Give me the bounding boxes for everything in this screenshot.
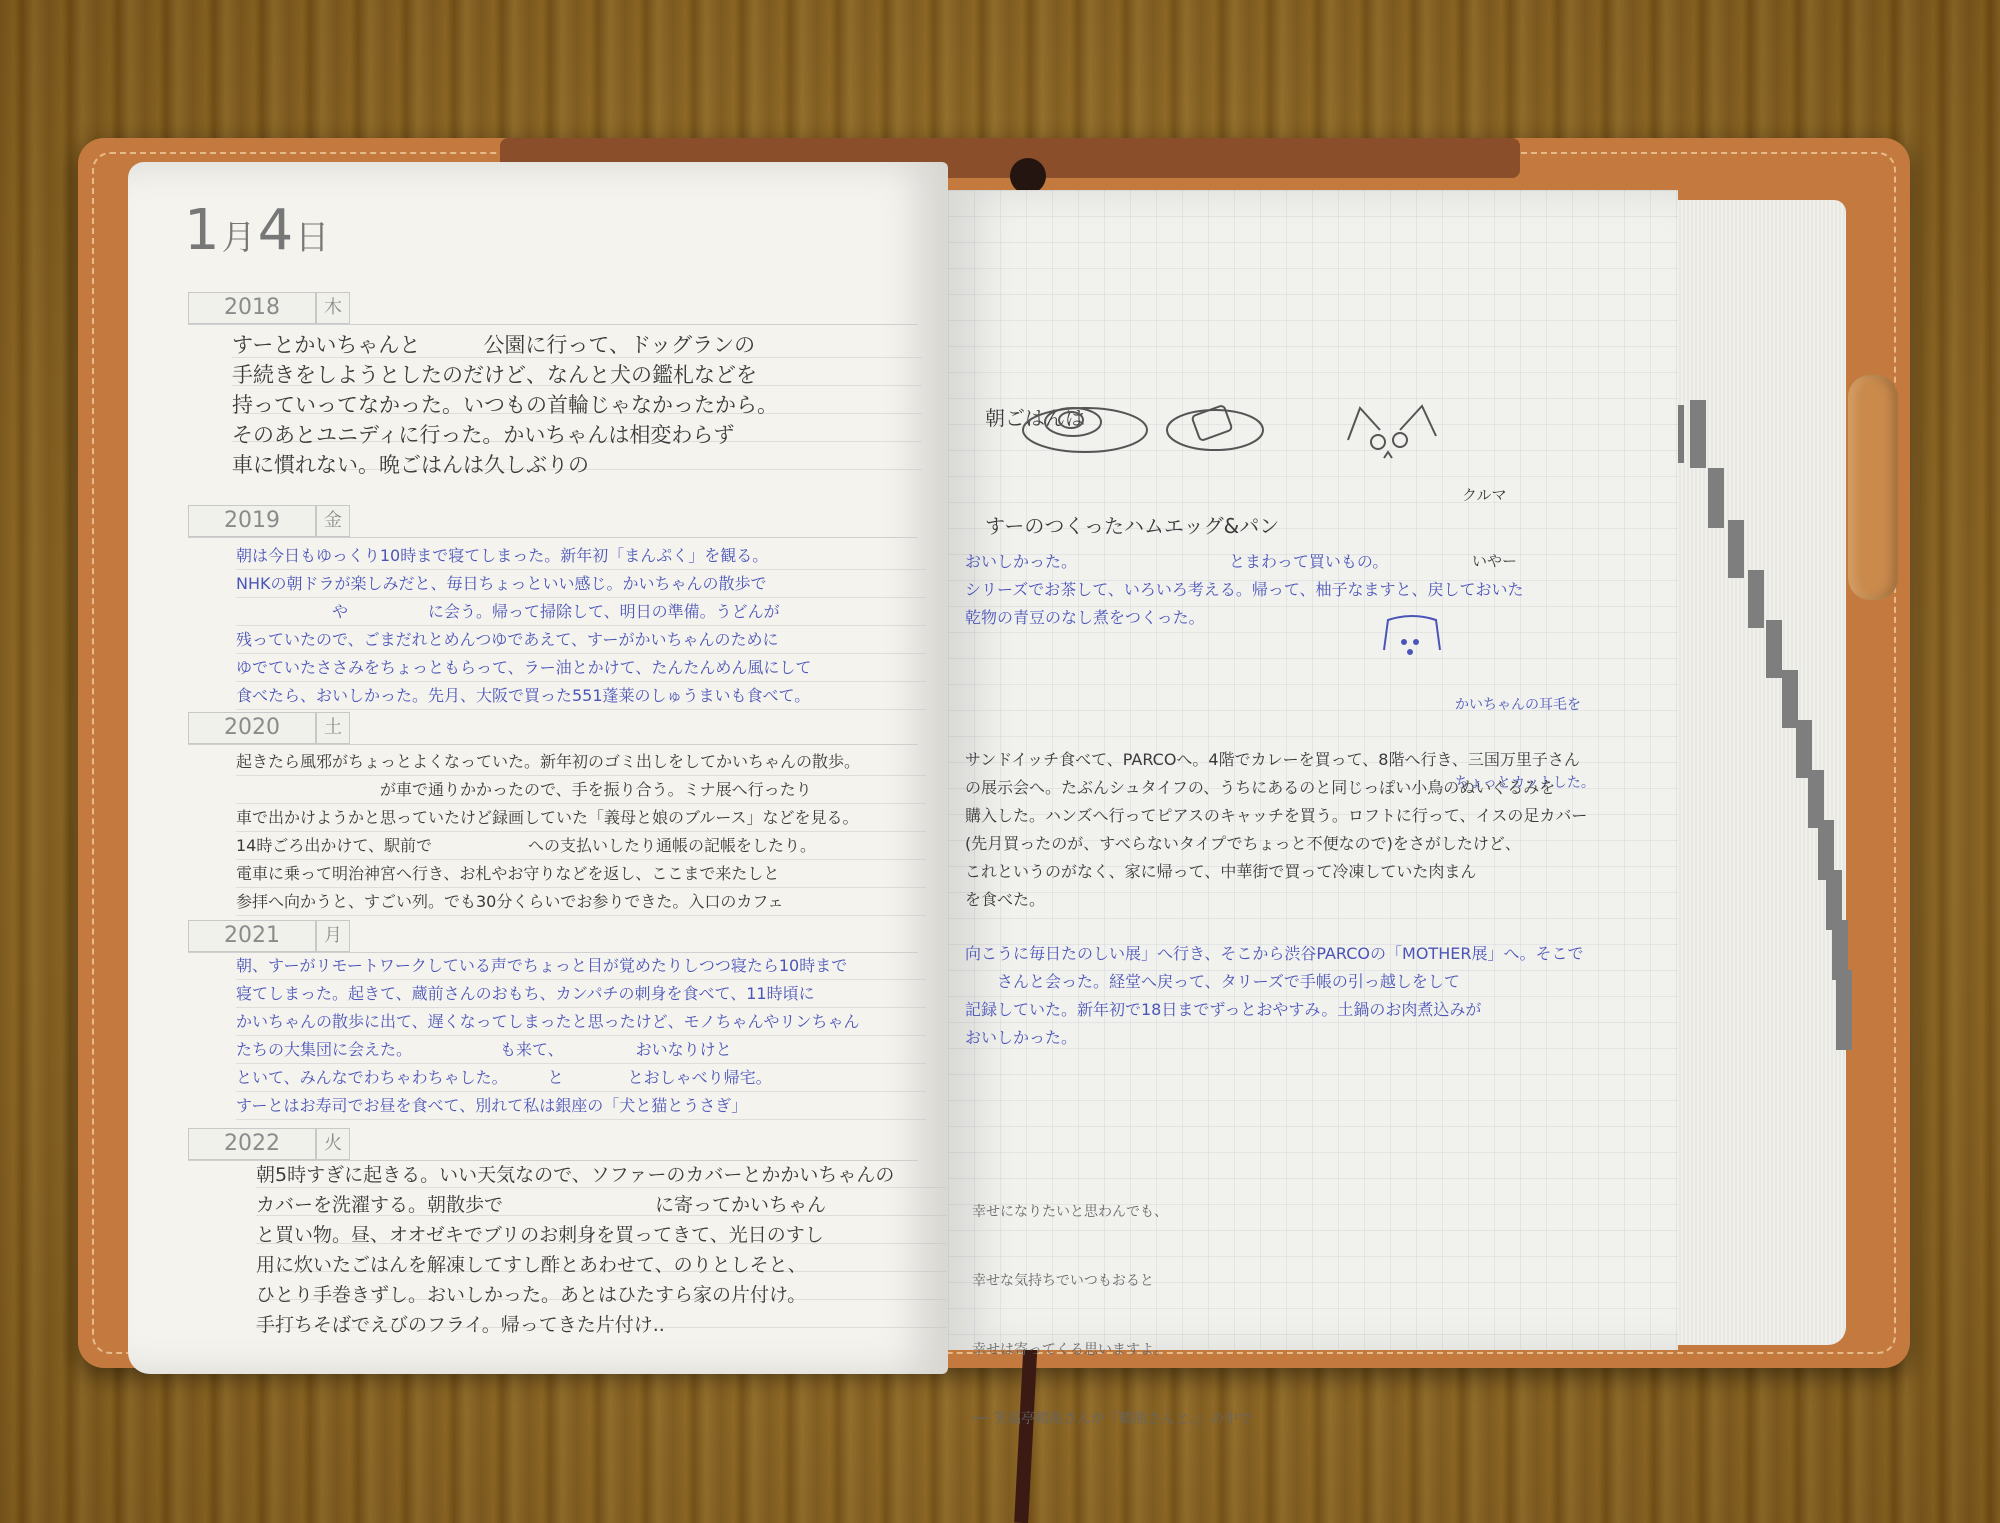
year-label: 2022 (188, 1128, 316, 1160)
year-label: 2020 (188, 712, 316, 744)
dog-ear-trim-sketch-icon (1378, 612, 1448, 667)
dog-face-sketch-icon (1340, 400, 1450, 470)
year-label: 2019 (188, 505, 316, 537)
year-header-2022: 2022 火 (188, 1128, 918, 1161)
quote-attribution: ── 笑福亭鶴瓶さんが『鶴瓶さんと。』の中で (972, 1408, 1252, 1431)
month-tab-edge (1766, 620, 1782, 678)
month-tab-edge (1708, 468, 1724, 528)
entry-2021: 朝、すーがリモートワークしている声でちょっと目が覚めたりしつつ寝たら10時まで … (236, 952, 926, 1120)
breakfast-plates-sketch-icon (1015, 398, 1275, 458)
parco-visit-note: サンドイッチ食べて、PARCOへ。4階でカレーを買って、8階へ行き、三国万里子さ… (965, 746, 1655, 914)
weekday-label: 月 (316, 920, 350, 952)
bookmark-ribbon-knot (1010, 158, 1046, 194)
weekday-label: 火 (316, 1128, 350, 1160)
page-date-title: 1月4日 (184, 198, 331, 263)
month-tab-edge (1748, 570, 1764, 628)
weekday-label: 金 (316, 505, 350, 537)
month-tab-edge (1690, 400, 1706, 468)
year-header-2019: 2019 金 (188, 505, 918, 538)
weekday-label: 土 (316, 712, 350, 744)
month-tab-edge (1728, 520, 1744, 578)
printed-quote: 幸せになりたいと思わんでも、 幸せな気持ちでいつもおると 幸せは寄ってくる思いま… (972, 1155, 1252, 1454)
mother-exhibition-note: 向こうに毎日たのしい展」へ行き、そこから渋谷PARCOの「MOTHER展」へ。そ… (965, 940, 1655, 1052)
year-header-2021: 2021 月 (188, 920, 918, 953)
year-header-2020: 2020 土 (188, 712, 918, 745)
entry-2022: 朝5時すぎに起きる。いい天気なので、ソファーのカバーとかかいちゃんの カバーを洗… (256, 1160, 946, 1340)
year-label: 2021 (188, 920, 316, 952)
entry-2018: すーとかいちゃんと 公園に行って、ドッグランの 手続きをしようとしたのだけど、な… (232, 330, 922, 480)
year-label: 2018 (188, 292, 316, 324)
entry-2020: 起きたら風邪がちょっとよくなっていた。新年初のゴミ出しをしてかいちゃんの散歩。 … (236, 748, 926, 916)
entry-2019: 朝は今日もゆっくり10時まで寝てしまった。新年初「まんぷく」を観る。 NHKの朝… (236, 542, 926, 710)
afternoon-shopping-note: おいしかった。 とまわって買いもの。 シリーズでお茶して、いろいろ考える。帰って… (965, 548, 1655, 632)
year-header-2018: 2018 木 (188, 292, 918, 325)
pen-loop (1848, 375, 1898, 600)
month-tab-edge (1836, 970, 1852, 1050)
weekday-label: 木 (316, 292, 350, 324)
